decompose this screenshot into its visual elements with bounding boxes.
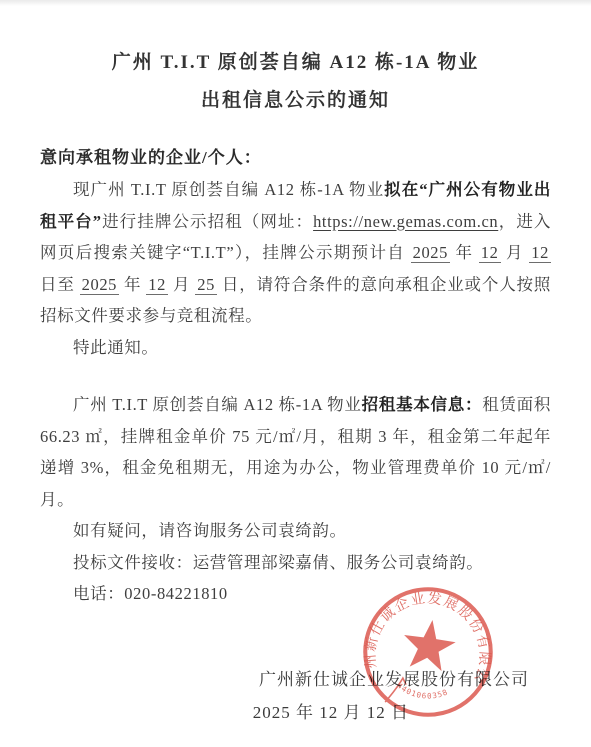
underlined-value-run: 12	[146, 275, 168, 295]
text-run: 日至	[40, 275, 80, 294]
signature-company-name: 广州新仕诚企业发展股份有限公司	[0, 668, 529, 692]
underlined-value-run: 12	[479, 243, 501, 263]
phone-line: 电话：020-84221810	[40, 578, 551, 610]
paragraph-listing-intro: 现广州 T.I.T 原创荟自编 A12 栋-1A 物业拟在“广州公有物业出租平台…	[40, 174, 551, 332]
text-run: 广州 T.I.T 原创荟自编 A12 栋-1A 物业	[73, 395, 362, 414]
notice-body: 意向承租物业的企业/个人： 现广州 T.I.T 原创荟自编 A12 栋-1A 物…	[40, 147, 551, 610]
signature-date: 2025 年 12 月 12 日	[0, 701, 529, 725]
text-run: 进行挂牌公示招租（网址：	[102, 212, 313, 231]
paragraph-lease-basic-info: 广州 T.I.T 原创荟自编 A12 栋-1A 物业招租基本信息：租赁面积 66…	[40, 389, 551, 515]
text-run: 年	[119, 275, 146, 294]
underlined-value-run: 25	[195, 275, 217, 295]
bold-text-run: 招租基本信息：	[362, 395, 483, 414]
scan-edge-shadow	[0, 0, 591, 6]
signature-block: 广州新仕诚企业发展股份有限公司 2025 年 12 月 12 日	[0, 668, 591, 725]
underlined-value-run: 2025	[80, 275, 119, 295]
bid-document-reception-line: 投标文件接收：运营管理部梁嘉倩、服务公司袁绮韵。	[40, 547, 551, 579]
text-run: 现广州 T.I.T 原创荟自编 A12 栋-1A 物业	[73, 180, 384, 199]
salutation-line: 意向承租物业的企业/个人：	[40, 147, 551, 169]
text-run: 年	[450, 243, 479, 262]
url-link[interactable]: https://new.gemas.com.cn	[313, 212, 498, 231]
underlined-value-run: 12	[529, 243, 551, 263]
notice-document-page: 广州 T.I.T 原创荟自编 A12 栋-1A 物业 出租信息公示的通知 意向承…	[0, 0, 591, 747]
underlined-value-run: 2025	[411, 243, 450, 263]
text-run: 月	[501, 243, 530, 262]
paragraph-hereby-notice: 特此通知。	[40, 332, 551, 364]
notice-title-line2: 出租信息公示的通知	[0, 88, 591, 114]
star-icon	[400, 616, 458, 672]
notice-title-line1: 广州 T.I.T 原创荟自编 A12 栋-1A 物业	[0, 0, 591, 76]
contact-question-line: 如有疑问，请咨询服务公司袁绮韵。	[40, 515, 551, 547]
text-run: 月	[168, 275, 195, 294]
